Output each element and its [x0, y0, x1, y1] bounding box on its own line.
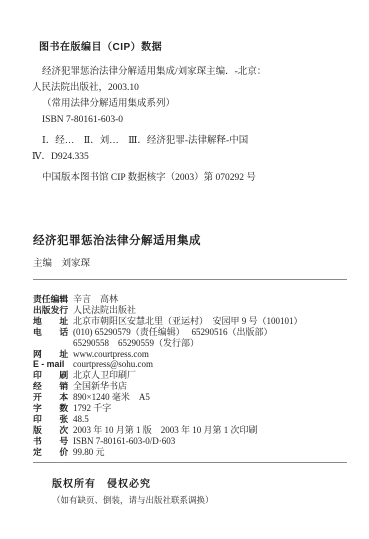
- colophon-label: 经 销: [33, 381, 73, 392]
- colophon-value: (010) 65290579（责任编辑） 65290516（出版部）: [73, 327, 357, 338]
- colophon-label: 书 号: [33, 436, 73, 447]
- cip-classification-line: Ⅰ．经… Ⅱ．刘… Ⅲ．经济犯罪-法律解释-中国: [32, 133, 351, 149]
- cip-line: （常用法律分解适用集成系列）: [32, 96, 351, 112]
- colophon-label: 定 价: [33, 447, 73, 458]
- colophon-value: www.courtpress.com: [73, 349, 357, 360]
- colophon-label: 版 次: [33, 425, 73, 436]
- colophon-row: 书 号 ISBN 7-80161-603-0/D·603: [33, 436, 357, 447]
- copyright-notice: 版权所有 侵权必究: [52, 475, 351, 490]
- colophon-row: 责任编辑 辛言 高林: [33, 294, 357, 305]
- colophon-row: 出版发行 人民法院出版社: [33, 305, 357, 316]
- colophon-value: 全国新华书店: [73, 381, 357, 392]
- colophon-value: 北京市朝阳区安慧北里（亚运村） 安园甲 9 号（100101）: [73, 316, 357, 327]
- colophon-value: 2003 年 10 月第 1 版 2003 年 10 月第 1 次印刷: [73, 425, 357, 436]
- colophon-value: 48.5: [73, 414, 357, 425]
- cip-heading: 图书在版编目（CIP）数据: [39, 40, 351, 56]
- cip-line: 经济犯罪惩治法律分解适用集成/刘家琛主编．-北京：: [32, 64, 351, 80]
- colophon-value: courtpress@sohu.com: [73, 359, 357, 370]
- cip-classification-line: Ⅳ．D924.335: [32, 149, 351, 165]
- cip-line: 人民法院出版社，2003.10: [32, 80, 351, 96]
- colophon-row: E - mail courtpress@sohu.com: [33, 359, 357, 370]
- colophon-label: 字 数: [33, 403, 73, 414]
- book-title: 经济犯罪惩治法律分解适用集成: [33, 232, 351, 248]
- colophon-value: 辛言 高林: [73, 294, 357, 305]
- colophon-label: 地 址: [33, 316, 73, 327]
- colophon-row: 65290558 65290559（发行部）: [33, 338, 357, 349]
- copyright-note: （如有缺页、倒装，请与出版社联系调换）: [52, 494, 351, 506]
- cip-section: 图书在版编目（CIP）数据 经济犯罪惩治法律分解适用集成/刘家琛主编．-北京： …: [32, 40, 351, 186]
- divider: [33, 462, 347, 463]
- colophon-value: 人民法院出版社: [73, 305, 357, 316]
- colophon-value: 890×1240 毫米 A5: [73, 392, 357, 403]
- divider: [33, 279, 347, 280]
- colophon-label: 出版发行: [33, 305, 73, 316]
- colophon-value: 1792 千字: [73, 403, 357, 414]
- book-copyright-page: 图书在版编目（CIP）数据 经济犯罪惩治法律分解适用集成/刘家琛主编．-北京： …: [0, 0, 369, 539]
- chief-editor-line: 主编 刘家琛: [33, 255, 351, 269]
- colophon-row: 定 价 99.80 元: [33, 447, 357, 458]
- colophon-table: 责任编辑 辛言 高林 出版发行 人民法院出版社 地 址 北京市朝阳区安慧北里（亚…: [33, 294, 357, 458]
- colophon-label: 责任编辑: [33, 294, 73, 305]
- colophon-label: 印 张: [33, 414, 73, 425]
- colophon-value: 北京人卫印刷厂: [73, 370, 357, 381]
- copyright-section: 版权所有 侵权必究 （如有缺页、倒装，请与出版社联系调换）: [52, 475, 351, 506]
- colophon-row: 版 次 2003 年 10 月第 1 版 2003 年 10 月第 1 次印刷: [33, 425, 357, 436]
- colophon-row: 电 话 (010) 65290579（责任编辑） 65290516（出版部）: [33, 327, 357, 338]
- colophon-label: 电 话: [33, 327, 73, 338]
- title-block: 经济犯罪惩治法律分解适用集成 主编 刘家琛: [33, 232, 351, 269]
- colophon-value: 99.80 元: [73, 447, 357, 458]
- colophon-row: 经 销 全国新华书店: [33, 381, 357, 392]
- colophon-label: 开 本: [33, 392, 73, 403]
- colophon-row: 印 张 48.5: [33, 414, 357, 425]
- colophon-label: 网 址: [33, 349, 73, 360]
- colophon-label: 印 刷: [33, 370, 73, 381]
- colophon-label: E - mail: [33, 359, 73, 370]
- colophon-row: 地 址 北京市朝阳区安慧北里（亚运村） 安园甲 9 号（100101）: [33, 316, 357, 327]
- cip-record-number: 中国版本图书馆 CIP 数据核字（2003）第 070292 号: [32, 170, 351, 186]
- colophon-value: ISBN 7-80161-603-0/D·603: [73, 436, 357, 447]
- colophon-value: 65290558 65290559（发行部）: [73, 338, 357, 349]
- cip-line: ISBN 7-80161-603-0: [32, 112, 351, 128]
- colophon-row: 印 刷 北京人卫印刷厂: [33, 370, 357, 381]
- colophon-row: 字 数 1792 千字: [33, 403, 357, 414]
- colophon-row: 网 址 www.courtpress.com: [33, 349, 357, 360]
- colophon-row: 开 本 890×1240 毫米 A5: [33, 392, 357, 403]
